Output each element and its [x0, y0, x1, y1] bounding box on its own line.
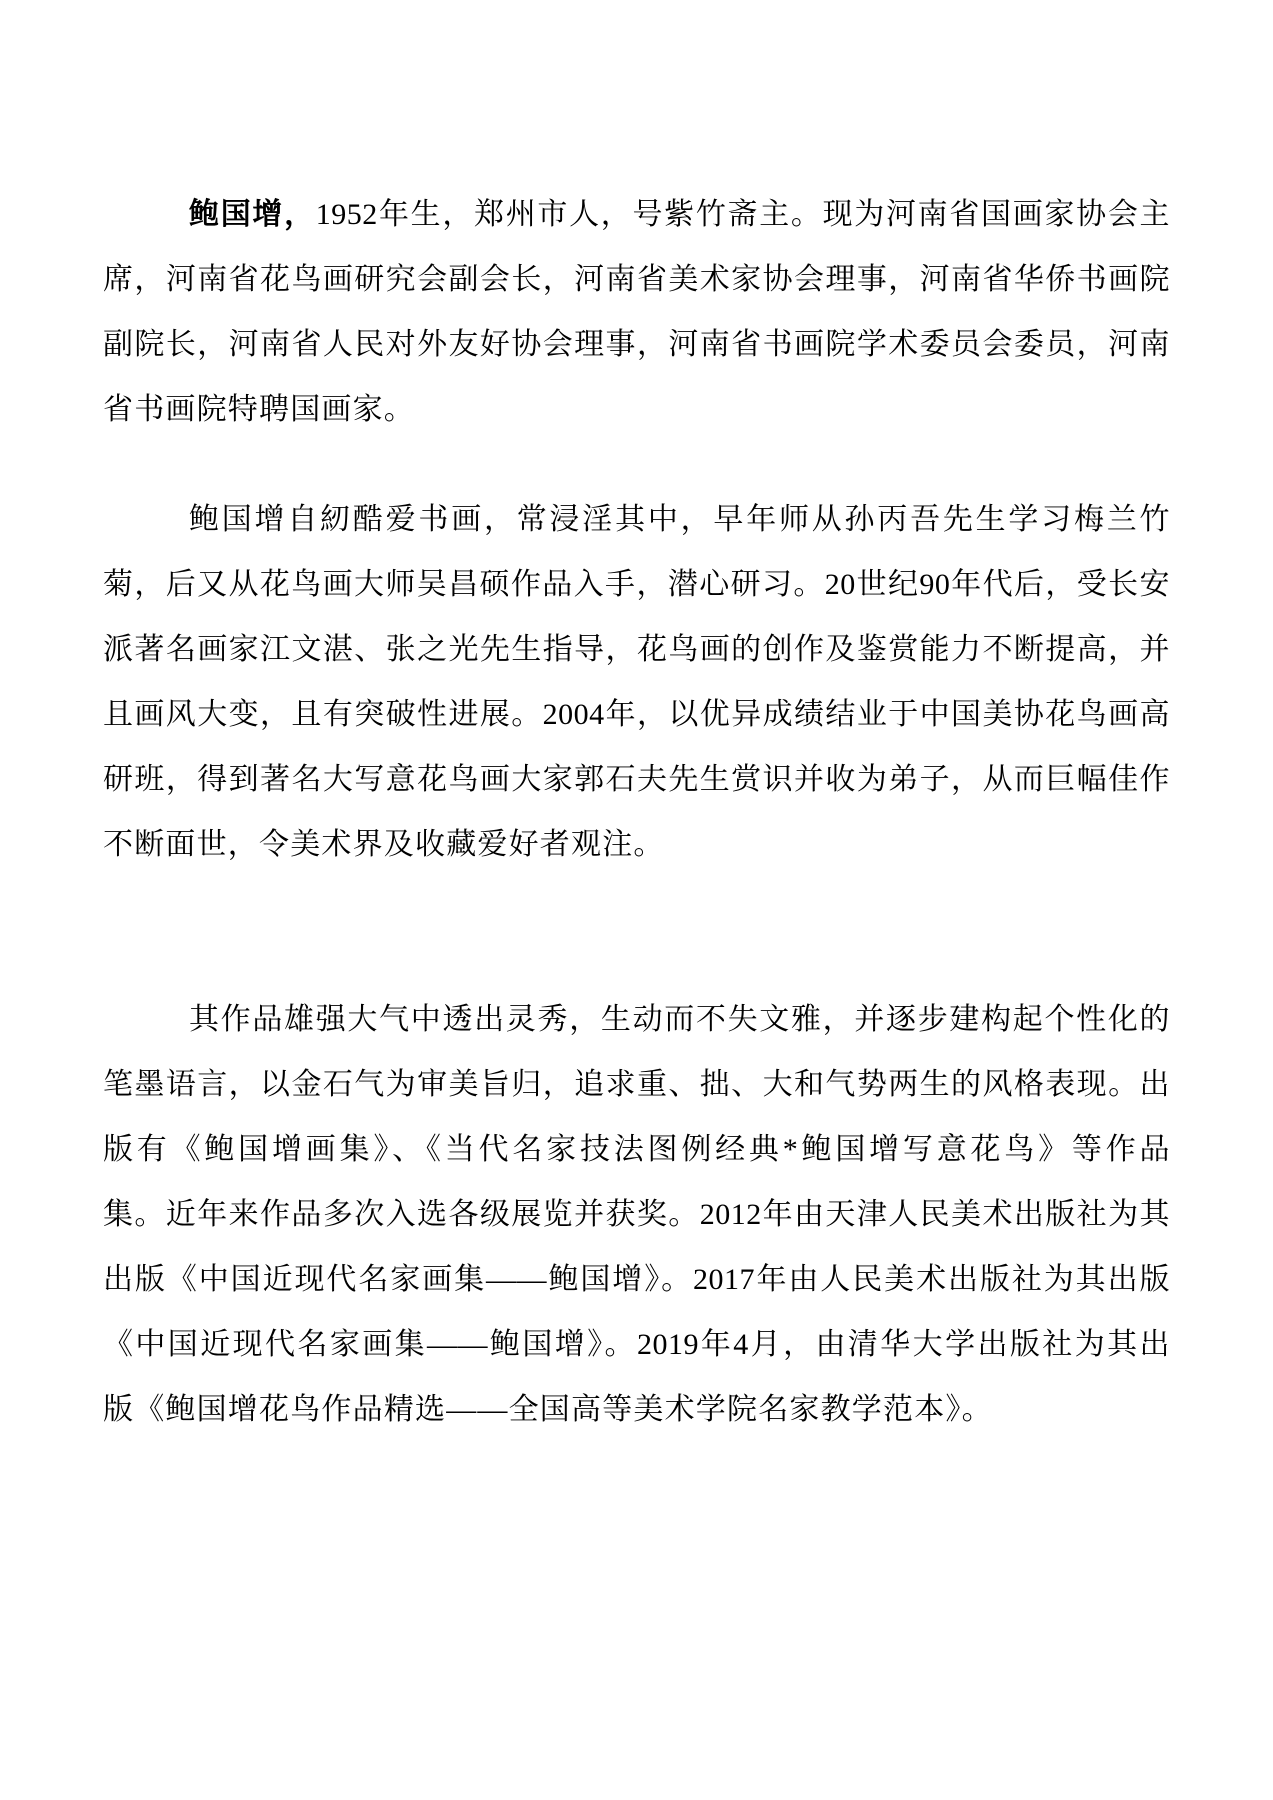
text-line: 席，河南省花鸟画研究会副会长，河南省美术家协会理事，河南省华侨书画院	[103, 247, 1170, 312]
text-line: 研班，得到著名大写意花鸟画大家郭石夫先生赏识并收为弟子，从而巨幅佳作	[103, 747, 1170, 812]
paragraph-artist-intro: 鲍国增，1952年生，郑州市人，号紫竹斋主。现为河南省国画家协会主席，河南省花鸟…	[103, 182, 1170, 442]
text-line: 出版《中国近现代名家画集——鲍国增》。2017年由人民美术出版社为其出版	[103, 1247, 1170, 1312]
text-line: 笔墨语言，以金石气为审美旨归，追求重、拙、大和气势两生的风格表现。出	[103, 1052, 1170, 1117]
text-line: 集。近年来作品多次入选各级展览并获奖。2012年由天津人民美术出版社为其	[103, 1182, 1170, 1247]
text-line: 菊，后又从花鸟画大师吴昌硕作品入手，潜心研习。20世纪90年代后，受长安	[103, 552, 1170, 617]
paragraph-artist-study-history: 鲍国增自紉酷爱书画，常浸淫其中，早年师从孙丙吾先生学习梅兰竹菊，后又从花鸟画大师…	[103, 487, 1170, 877]
text-line: 鲍国增自紉酷爱书画，常浸淫其中，早年师从孙丙吾先生学习梅兰竹	[103, 487, 1170, 552]
text-line-rest: 1952年生，郑州市人，号紫竹斋主。现为河南省国画家协会主	[316, 198, 1170, 231]
text-line: 副院长，河南省人民对外友好协会理事，河南省书画院学术委员会委员，河南	[103, 312, 1170, 377]
text-line: 省书画院特聘国画家。	[103, 377, 1170, 442]
text-line: 《中国近现代名家画集——鲍国增》。2019年4月，由清华大学出版社为其出	[103, 1312, 1170, 1377]
text-line: 版《鲍国增花鸟作品精选——全国高等美术学院名家教学范本》。	[103, 1377, 1170, 1442]
artist-name-bold: 鲍国增，	[189, 198, 316, 231]
text-line: 派著名画家江文湛、张之光先生指导，花鸟画的创作及鉴赏能力不断提高，并	[103, 617, 1170, 682]
text-line: 且画风大变，且有突破性进展。2004年，以优异成绩结业于中国美协花鸟画高	[103, 682, 1170, 747]
text-line: 版有《鲍国增画集》、《当代名家技法图例经典*鲍国增写意花鸟》等作品	[103, 1117, 1170, 1182]
text-line: 其作品雄强大气中透出灵秀，生动而不失文雅，并逐步建构起个性化的	[103, 987, 1170, 1052]
text-line: 不断面世，令美术界及收藏爱好者观注。	[103, 812, 1170, 877]
paragraph-artist-works-publications: 其作品雄强大气中透出灵秀，生动而不失文雅，并逐步建构起个性化的笔墨语言，以金石气…	[103, 987, 1170, 1442]
document-page: 鲍国增，1952年生，郑州市人，号紫竹斋主。现为河南省国画家协会主席，河南省花鸟…	[0, 0, 1273, 1800]
text-line: 鲍国增，1952年生，郑州市人，号紫竹斋主。现为河南省国画家协会主	[103, 182, 1170, 247]
